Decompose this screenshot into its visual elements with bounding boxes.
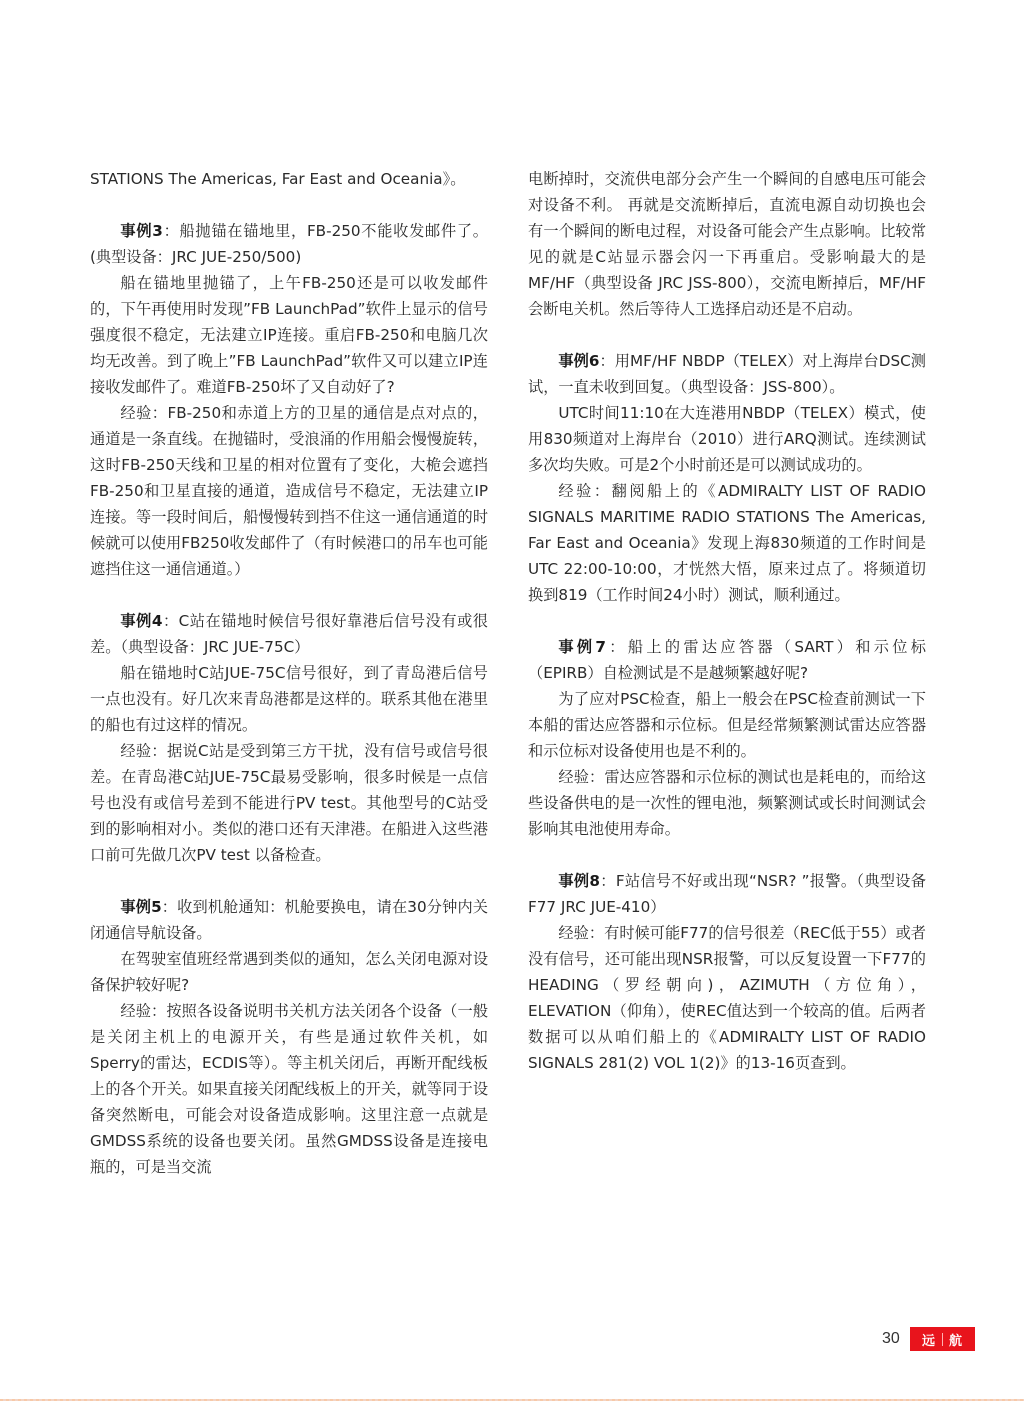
page-number: 30 [882, 1328, 900, 1350]
paragraph: 在驾驶室值班经常遇到类似的通知，怎么关闭电源对设备保护较好呢? [90, 946, 488, 998]
case-label: 事例3 [120, 222, 162, 240]
left-column: STATIONS The Americas, Far East and Ocea… [90, 166, 488, 1180]
paragraph: 经验：FB-250和赤道上方的卫星的通信是点对点的，通道是一条直线。在抛锚时，受… [90, 400, 488, 582]
paragraph: 船在锚地时C站JUE-75C信号很好，到了青岛港后信号一点也没有。好几次来青岛港… [90, 660, 488, 738]
case-label: 事例4 [120, 612, 162, 630]
case-4-heading: 事例4：C站在锚地时候信号很好靠港后信号没有或很差。（典型设备：JRC JUE-… [90, 608, 488, 660]
paragraph: 经验：据说C站是受到第三方干扰，没有信号或信号很差。在青岛港C站JUE-75C最… [90, 738, 488, 868]
case-6-heading: 事例6：用MF/HF NBDP（TELEX）对上海岸台DSC测试，一直未收到回复… [528, 348, 926, 400]
right-column: 电断掉时，交流供电部分会产生一个瞬间的自感电压可能会对设备不利。 再就是交流断掉… [528, 166, 926, 1076]
paragraph: 经验：有时候可能F77的信号很差（REC低于55）或者没有信号，还可能出现NSR… [528, 920, 926, 1076]
paragraph: 船在锚地里抛锚了，上午FB-250还是可以收发邮件的，下午再使用时发现”FB L… [90, 270, 488, 400]
case-7-heading: 事例7：船上的雷达应答器（SART）和示位标（EPIRB）自检测试是不是越频繁越… [528, 634, 926, 686]
badge-char-left: 远 [922, 1330, 936, 1349]
magazine-logo-badge: 远 航 [910, 1327, 975, 1351]
badge-divider [942, 1333, 943, 1346]
case-label: 事例5 [120, 898, 161, 916]
paragraph: 为了应对PSC检查，船上一般会在PSC检查前测试一下本船的雷达应答器和示位标。但… [528, 686, 926, 764]
paragraph: 经验：翻阅船上的《ADMIRALTY LIST OF RADIO SIGNALS… [528, 478, 926, 608]
badge-char-right: 航 [949, 1330, 963, 1349]
paragraph: UTC时间11:10在大连港用NBDP（TELEX）模式，使用830频道对上海岸… [528, 400, 926, 478]
case-8-heading: 事例8：F站信号不好或出现“NSR? ”报警。（典型设备F77 JRC JUE-… [528, 868, 926, 920]
case-label: 事例8 [558, 872, 600, 890]
case-label: 事例6 [558, 352, 599, 370]
case-label: 事例7 [558, 638, 606, 656]
paragraph: 经验：雷达应答器和示位标的测试也是耗电的，而给这些设备供电的是一次性的锂电池，频… [528, 764, 926, 842]
paragraph: 电断掉时，交流供电部分会产生一个瞬间的自感电压可能会对设备不利。 再就是交流断掉… [528, 166, 926, 322]
case-3-heading: 事例3：船抛锚在锚地里，FB-250不能收发邮件了。(典型设备：JRC JUE-… [90, 218, 488, 270]
paragraph: STATIONS The Americas, Far East and Ocea… [90, 166, 488, 192]
case-5-heading: 事例5：收到机舱通知：机舱要换电，请在30分钟内关闭通信导航设备。 [90, 894, 488, 946]
paragraph: 经验：按照各设备说明书关机方法关闭各个设备（一般是关闭主机上的电源开关，有些是通… [90, 998, 488, 1180]
